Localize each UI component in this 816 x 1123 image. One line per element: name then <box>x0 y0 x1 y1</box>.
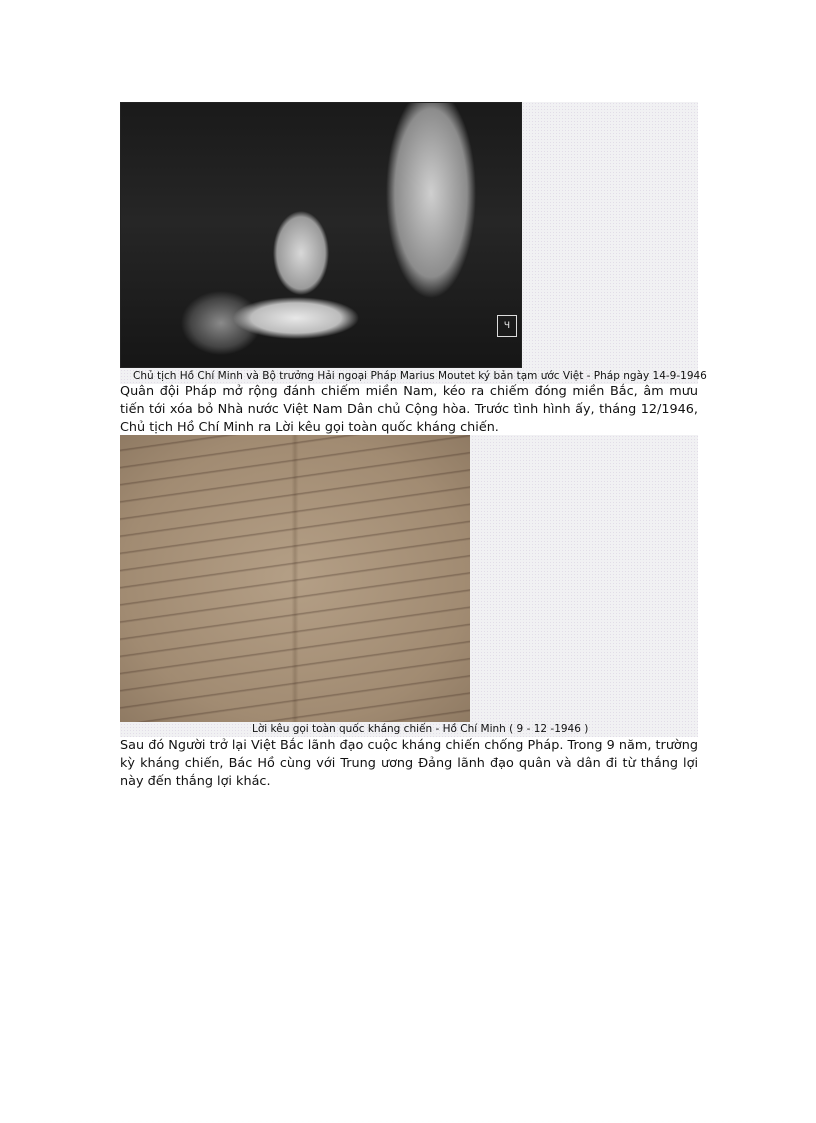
body-paragraph: Sau đó Người trở lại Việt Bắc lãnh đạo c… <box>120 737 698 791</box>
manuscript-photo <box>120 435 470 722</box>
figure-caption: Chủ tịch Hồ Chí Minh và Bộ trưởng Hải ng… <box>133 370 707 382</box>
watermark-badge: Ч <box>497 315 517 337</box>
page-border <box>24 1121 792 1122</box>
figure-caption: Lời kêu gọi toàn quốc kháng chiến - Hồ C… <box>252 723 588 735</box>
body-paragraph: Quân đội Pháp mở rộng đánh chiếm miền Na… <box>120 383 698 437</box>
signing-photo: Ч <box>120 102 522 368</box>
